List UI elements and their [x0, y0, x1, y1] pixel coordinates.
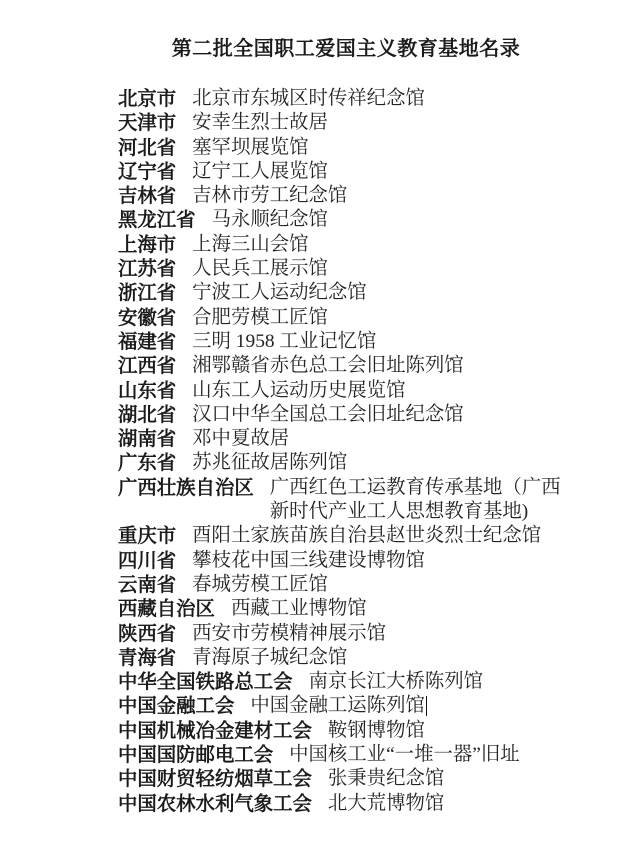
site-name: 邓中夏故居: [192, 427, 289, 451]
region-label: 湖南省: [118, 427, 176, 451]
site-name: 中国核工业“一堆一器”旧址: [289, 743, 520, 767]
directory-entry: 中国国防邮电工会 中国核工业“一堆一器”旧址: [118, 743, 574, 767]
region-label: 辽宁省: [118, 160, 176, 184]
region-label: 北京市: [118, 87, 176, 111]
text-cursor: [426, 696, 428, 716]
site-name: 攀枝花中国三线建设博物馆: [192, 549, 425, 573]
directory-entry: 广东省 苏兆征故居陈列馆: [118, 451, 574, 475]
region-label: 福建省: [118, 330, 176, 354]
directory-entry: 中华全国铁路总工会 南京长江大桥陈列馆: [118, 670, 574, 694]
directory-entry: 湖南省 邓中夏故居: [118, 427, 574, 451]
site-name: 合肥劳模工匠馆: [192, 306, 328, 330]
region-label: 陕西省: [118, 622, 176, 646]
directory-entry: 西藏自治区 西藏工业博物馆: [118, 597, 574, 621]
region-label: 广东省: [118, 451, 176, 475]
region-label: 上海市: [118, 233, 176, 257]
directory-entry: 云南省 春城劳模工匠馆: [118, 573, 574, 597]
site-name: 马永顺纪念馆: [212, 208, 328, 232]
site-name: 安幸生烈士故居: [192, 111, 328, 135]
region-label: 青海省: [118, 646, 176, 670]
site-name: 汉口中华全国总工会旧址纪念馆: [192, 403, 463, 427]
site-name: 春城劳模工匠馆: [192, 573, 328, 597]
document-title: 第二批全国职工爱国主义教育基地名录: [118, 37, 574, 61]
site-name: 北京市东城区时传祥纪念馆: [192, 87, 425, 111]
directory-entry: 四川省 攀枝花中国三线建设博物馆: [118, 549, 574, 573]
site-name: 苏兆征故居陈列馆: [192, 451, 347, 475]
directory-entry: 中国机械冶金建材工会 鞍钢博物馆: [118, 719, 574, 743]
directory-entry: 广西壮族自治区 广西红色工运教育传承基地（广西 新时代产业工人思想教育基地): [118, 476, 574, 525]
region-label: 河北省: [118, 136, 176, 160]
site-name: 酉阳土家族苗族自治县赵世炎烈士纪念馆: [192, 524, 541, 548]
site-name: 人民兵工展示馆: [192, 257, 328, 281]
region-label: 云南省: [118, 573, 176, 597]
region-label: 中国财贸轻纺烟草工会: [118, 767, 312, 791]
site-name: 西藏工业博物馆: [231, 597, 367, 621]
site-name: 吉林市劳工纪念馆: [192, 184, 347, 208]
region-label: 中国农林水利气象工会: [118, 792, 312, 816]
directory-entry: 中国金融工会 中国金融工运陈列馆: [118, 694, 574, 718]
directory-entry: 中国农林水利气象工会 北大荒博物馆: [118, 792, 574, 816]
region-label: 江西省: [118, 354, 176, 378]
site-name: 辽宁工人展览馆: [192, 160, 328, 184]
region-label: 中华全国铁路总工会: [118, 670, 293, 694]
directory-entry: 上海市 上海三山会馆: [118, 233, 574, 257]
site-name: 张秉贵纪念馆: [328, 767, 444, 791]
directory-entry: 湖北省 汉口中华全国总工会旧址纪念馆: [118, 403, 574, 427]
region-label: 重庆市: [118, 524, 176, 548]
region-label: 中国金融工会: [118, 694, 234, 718]
site-name: 山东工人运动历史展览馆: [192, 379, 405, 403]
directory-entry: 北京市 北京市东城区时传祥纪念馆: [118, 87, 574, 111]
site-name: 北大荒博物馆: [328, 792, 444, 816]
directory-entry: 中国财贸轻纺烟草工会 张秉贵纪念馆: [118, 767, 574, 791]
site-name: 湘鄂赣省赤色总工会旧址陈列馆: [192, 354, 463, 378]
region-label: 江苏省: [118, 257, 176, 281]
directory-entry: 青海省 青海原子城纪念馆: [118, 646, 574, 670]
directory-entry: 重庆市 酉阳土家族苗族自治县赵世炎烈士纪念馆: [118, 524, 574, 548]
region-label: 中国机械冶金建材工会: [118, 719, 312, 743]
directory-entry: 浙江省 宁波工人运动纪念馆: [118, 281, 574, 305]
directory-entry: 天津市 安幸生烈士故居: [118, 111, 574, 135]
region-label: 山东省: [118, 379, 176, 403]
directory-entry: 陕西省 西安市劳模精神展示馆: [118, 622, 574, 646]
site-name: 广西红色工运教育传承基地（广西 新时代产业工人思想教育基地): [270, 476, 561, 525]
region-label: 浙江省: [118, 281, 176, 305]
region-label: 吉林省: [118, 184, 176, 208]
region-label: 安徽省: [118, 306, 176, 330]
directory-entry: 河北省 塞罕坝展览馆: [118, 136, 574, 160]
directory-entry: 山东省 山东工人运动历史展览馆: [118, 379, 574, 403]
site-name: 上海三山会馆: [192, 233, 308, 257]
directory-entry: 福建省 三明 1958 工业记忆馆: [118, 330, 574, 354]
region-label: 湖北省: [118, 403, 176, 427]
directory-list: 北京市 北京市东城区时传祥纪念馆 天津市 安幸生烈士故居 河北省 塞罕坝展览馆 …: [118, 87, 574, 816]
site-name: 西安市劳模精神展示馆: [192, 622, 386, 646]
region-label: 天津市: [118, 111, 176, 135]
region-label: 中国国防邮电工会: [118, 743, 273, 767]
directory-entry: 黑龙江省 马永顺纪念馆: [118, 208, 574, 232]
site-name: 三明 1958 工业记忆馆: [192, 330, 376, 354]
document-edit-area[interactable]: 第二批全国职工爱国主义教育基地名录 北京市 北京市东城区时传祥纪念馆 天津市 安…: [0, 0, 640, 816]
site-name: 塞罕坝展览馆: [192, 136, 308, 160]
region-label: 四川省: [118, 549, 176, 573]
site-name: 宁波工人运动纪念馆: [192, 281, 367, 305]
site-name: 青海原子城纪念馆: [192, 646, 347, 670]
region-label: 西藏自治区: [118, 597, 215, 621]
region-label: 广西壮族自治区: [118, 476, 254, 500]
directory-entry: 江苏省 人民兵工展示馆: [118, 257, 574, 281]
directory-entry: 江西省 湘鄂赣省赤色总工会旧址陈列馆: [118, 354, 574, 378]
directory-entry: 安徽省 合肥劳模工匠馆: [118, 306, 574, 330]
directory-entry: 吉林省 吉林市劳工纪念馆: [118, 184, 574, 208]
site-name: 鞍钢博物馆: [328, 719, 425, 743]
site-name: 中国金融工运陈列馆: [250, 694, 425, 718]
directory-entry: 辽宁省 辽宁工人展览馆: [118, 160, 574, 184]
document-page: 第二批全国职工爱国主义教育基地名录 北京市 北京市东城区时传祥纪念馆 天津市 安…: [0, 0, 640, 844]
region-label: 黑龙江省: [118, 208, 196, 232]
site-name: 南京长江大桥陈列馆: [309, 670, 484, 694]
